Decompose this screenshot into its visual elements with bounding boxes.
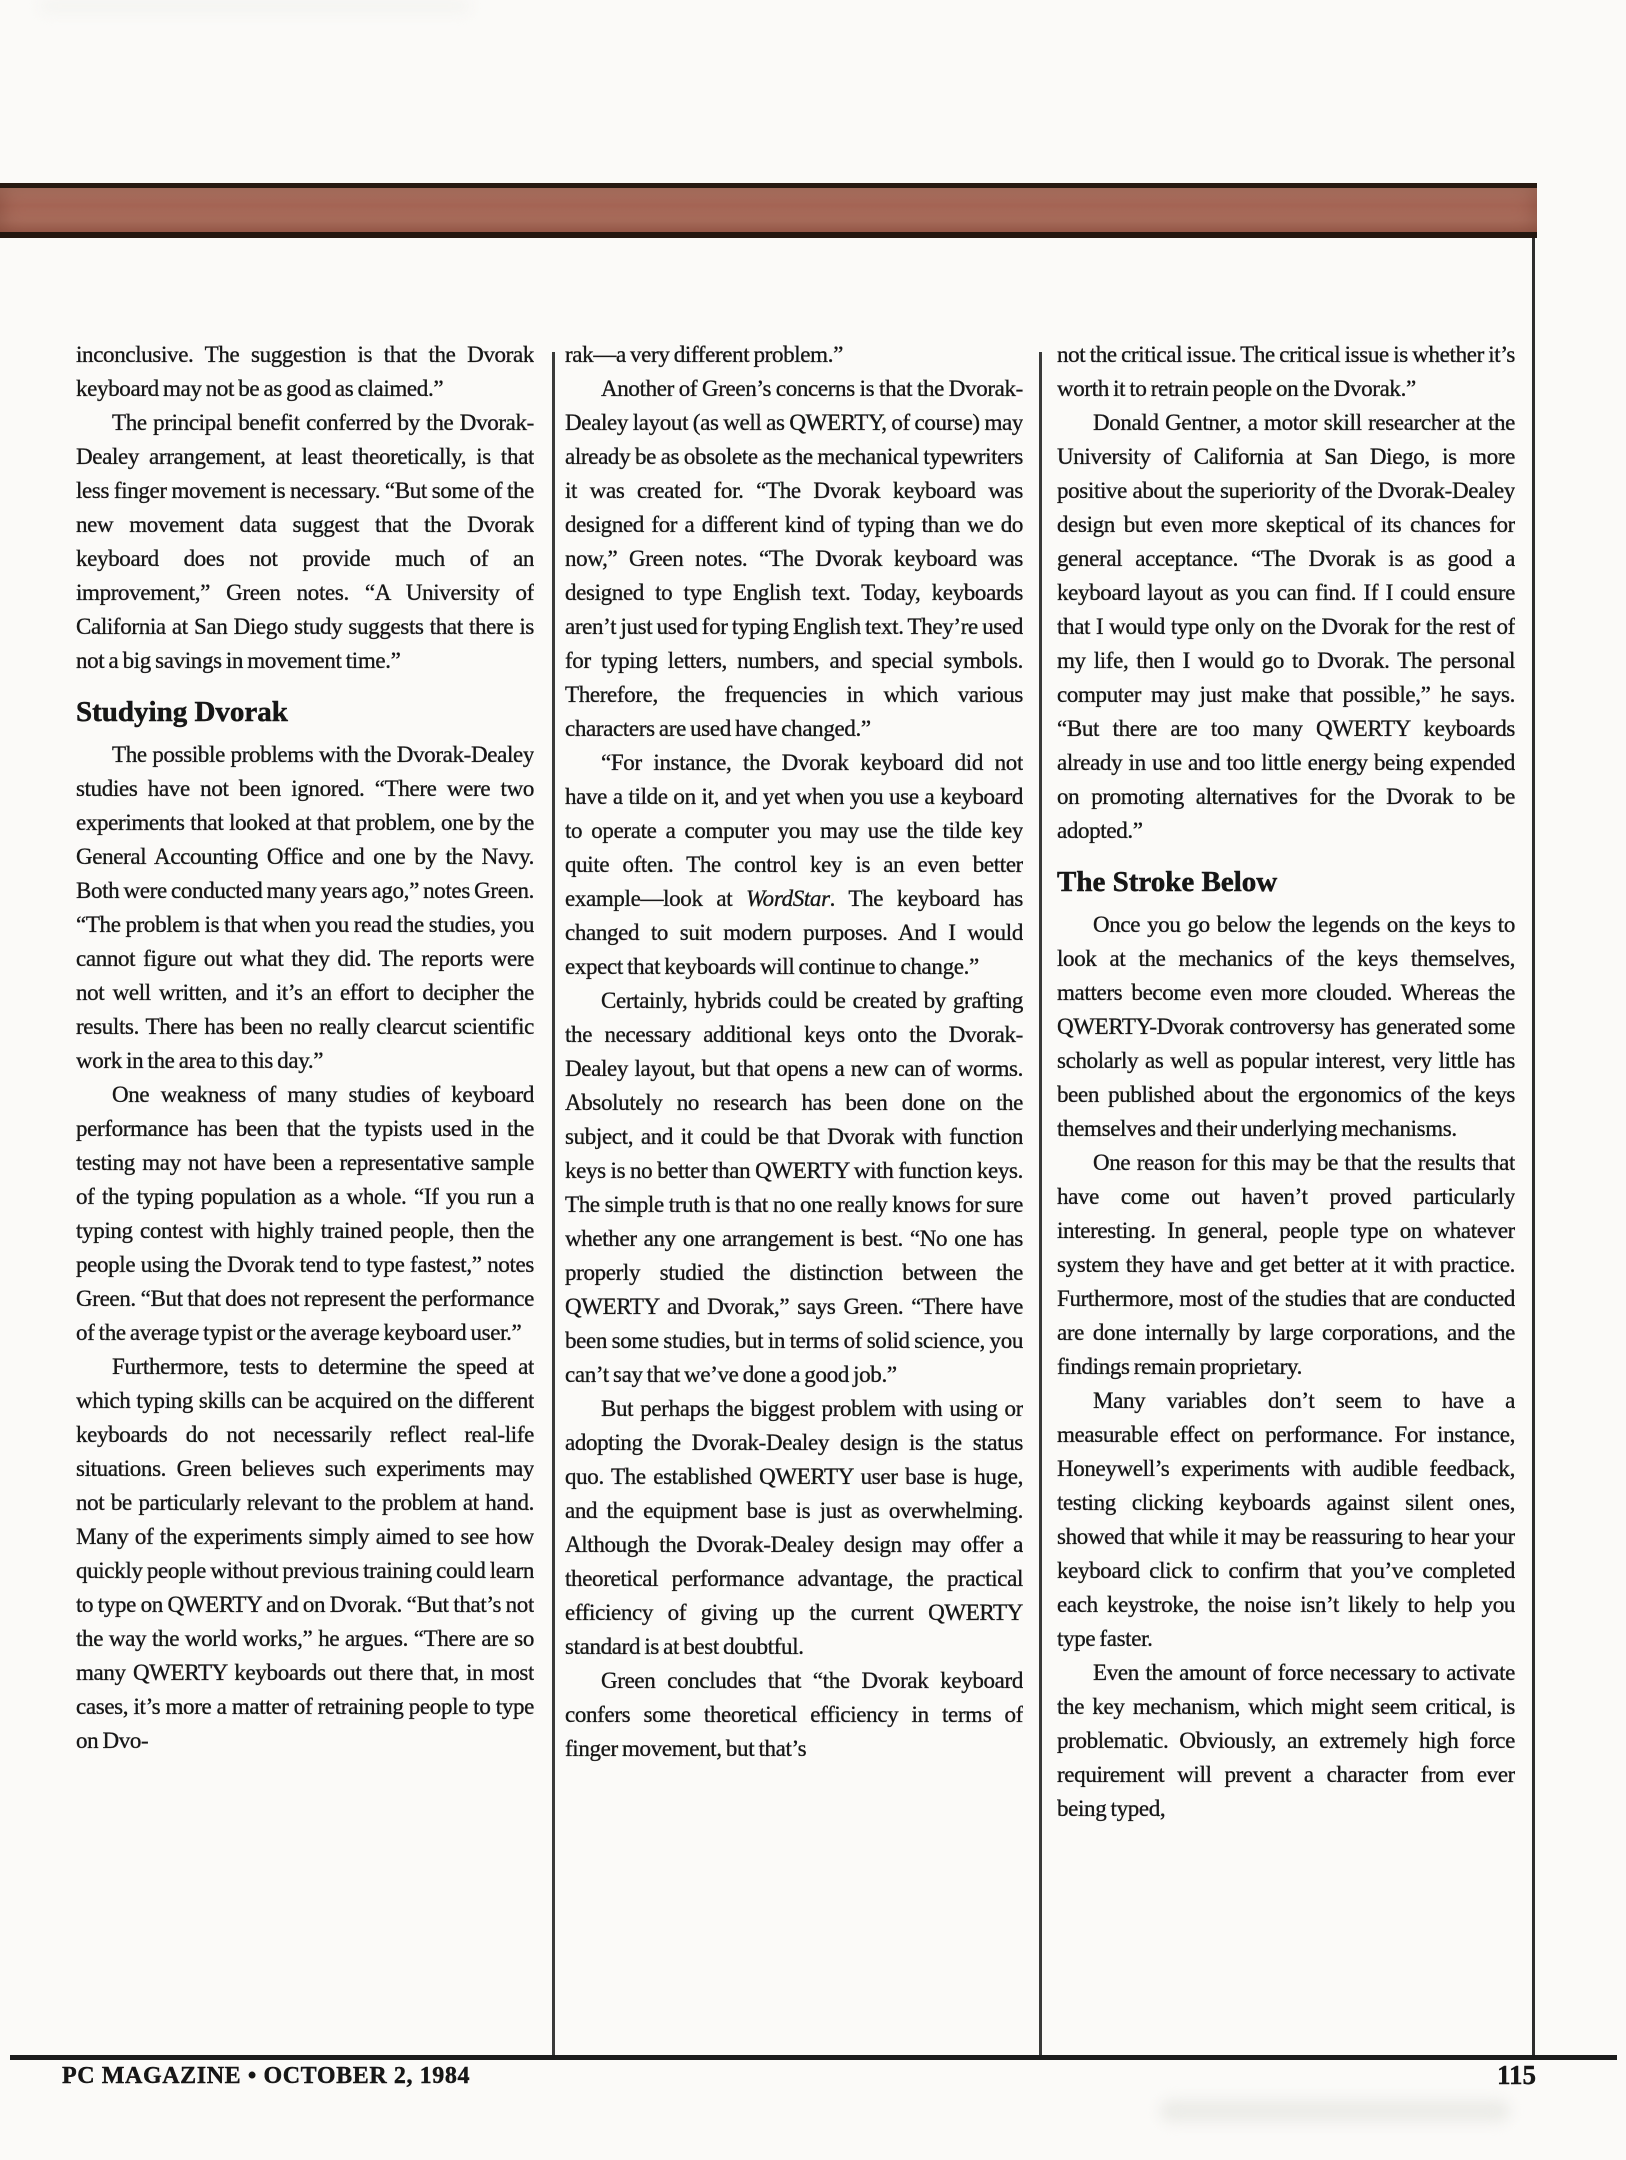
section-heading-studying-dvorak: Studying Dvorak: [76, 694, 534, 730]
paragraph: “For instance, the Dvorak keyboard did n…: [565, 746, 1023, 984]
paragraph: Furthermore, tests to determine the spee…: [76, 1350, 534, 1758]
paragraph: inconclusive. The suggestion is that the…: [76, 338, 534, 406]
scan-smudge-bottom: [1160, 2100, 1510, 2122]
paragraph: But perhaps the biggest problem with usi…: [565, 1392, 1023, 1664]
masthead-band: [0, 183, 1537, 238]
column-divider-1: [552, 352, 555, 2058]
footer-magazine-date: PC MAGAZINE • OCTOBER 2, 1984: [62, 2063, 470, 2090]
paragraph: Green concludes that “the Dvorak keyboar…: [565, 1664, 1023, 1766]
paragraph: rak—a very different problem.”: [565, 338, 1023, 372]
paragraph: Donald Gentner, a motor skill researcher…: [1057, 406, 1515, 848]
paragraph: The possible problems with the Dvorak-De…: [76, 738, 534, 1078]
scan-smudge-top: [40, 0, 470, 12]
column-divider-2: [1039, 352, 1042, 2058]
paragraph: Once you go below the legends on the key…: [1057, 908, 1515, 1146]
footer-rule: [10, 2055, 1617, 2060]
paragraph: One weakness of many studies of keyboard…: [76, 1078, 534, 1350]
paragraph: Many variables don’t seem to have a meas…: [1057, 1384, 1515, 1656]
paragraph: Certainly, hybrids could be created by g…: [565, 984, 1023, 1392]
paragraph: not the critical issue. The critical iss…: [1057, 338, 1515, 406]
wordstar-title-italic: WordStar: [746, 886, 830, 911]
column-divider-right: [1532, 238, 1535, 2060]
article-column-1: inconclusive. The suggestion is that the…: [76, 338, 534, 2054]
magazine-page: inconclusive. The suggestion is that the…: [0, 0, 1626, 2160]
paragraph: Another of Green’s concerns is that the …: [565, 372, 1023, 746]
paragraph: Even the amount of force necessary to ac…: [1057, 1656, 1515, 1826]
article-column-3: not the critical issue. The critical iss…: [1057, 338, 1515, 2054]
paragraph: The principal benefit conferred by the D…: [76, 406, 534, 678]
footer-page-number: 115: [1497, 2060, 1536, 2091]
section-heading-the-stroke-below: The Stroke Below: [1057, 864, 1515, 900]
article-column-2: rak—a very different problem.” Another o…: [565, 338, 1023, 2054]
paragraph: One reason for this may be that the resu…: [1057, 1146, 1515, 1384]
